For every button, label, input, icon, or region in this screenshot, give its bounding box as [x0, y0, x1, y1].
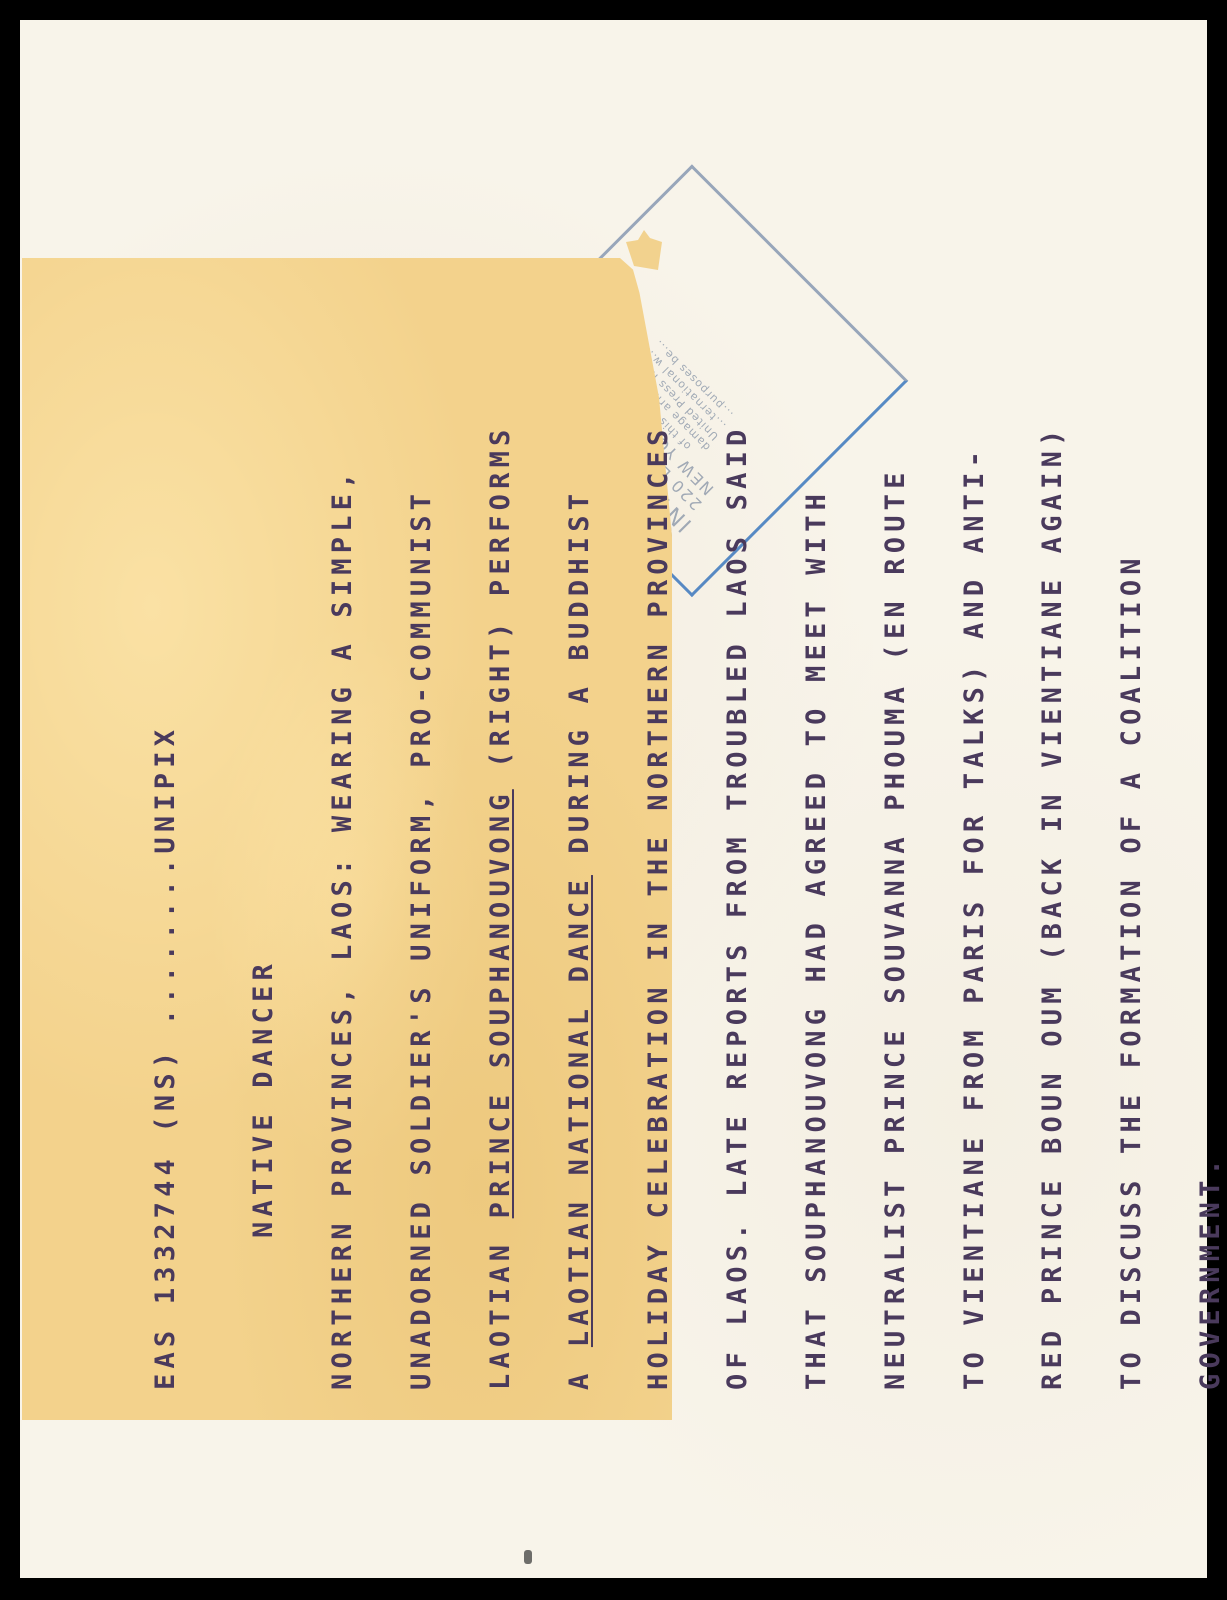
caption-text-block: EAS 1332744 (NS) ........UNIPIX NATIVE D… [100, 277, 1227, 1390]
ink-speck [524, 1550, 532, 1564]
slug: EAS 1332744 (NS) [150, 1047, 181, 1390]
body-line: RED PRINCE BOUN OUM (BACK IN VIENTIANE A… [1040, 277, 1066, 1390]
body-line: TO VIENTIANE FROM PARIS FOR TALKS) AND A… [962, 277, 988, 1390]
caption-header: EAS 1332744 (NS) ........UNIPIX [153, 277, 179, 1390]
body-line: NEUTRALIST PRINCE SOUVANNA PHOUMA (EN RO… [883, 277, 909, 1390]
leader-dots: ........ [150, 854, 181, 1026]
body-line-underlined: A LAOTIAN NATIONAL DANCE DURING A BUDDHI… [567, 277, 593, 1390]
body-line-underlined: LAOTIAN PRINCE SOUPHANOUVONG (RIGHT) PER… [488, 277, 514, 1390]
body-line: HOLIDAY CELEBRATION IN THE NORTHERN PROV… [646, 277, 672, 1390]
underlined-dance: LAOTIAN NATIONAL DANCE [564, 875, 595, 1347]
body-line: THAT SOUPHANOUVONG HAD AGREED TO MEET WI… [804, 277, 830, 1390]
underlined-name: PRINCE SOUPHANOUVONG [485, 789, 516, 1218]
body-line: NORTHERN PROVINCES, LAOS: WEARING A SIMP… [330, 277, 356, 1390]
body-line: UNADORNED SOLDIER'S UNIFORM, PRO-COMMUNI… [409, 277, 435, 1390]
body-line: TO DISCUSS THE FORMATION OF A COALITION [1119, 277, 1145, 1390]
agency-name: UNIPIX [150, 725, 181, 854]
body-line: GOVERNMENT. [1198, 277, 1224, 1390]
body-line: OF LAOS. LATE REPORTS FROM TROUBLED LAOS… [725, 277, 751, 1390]
caption-title: NATIVE DANCER [251, 277, 277, 1390]
